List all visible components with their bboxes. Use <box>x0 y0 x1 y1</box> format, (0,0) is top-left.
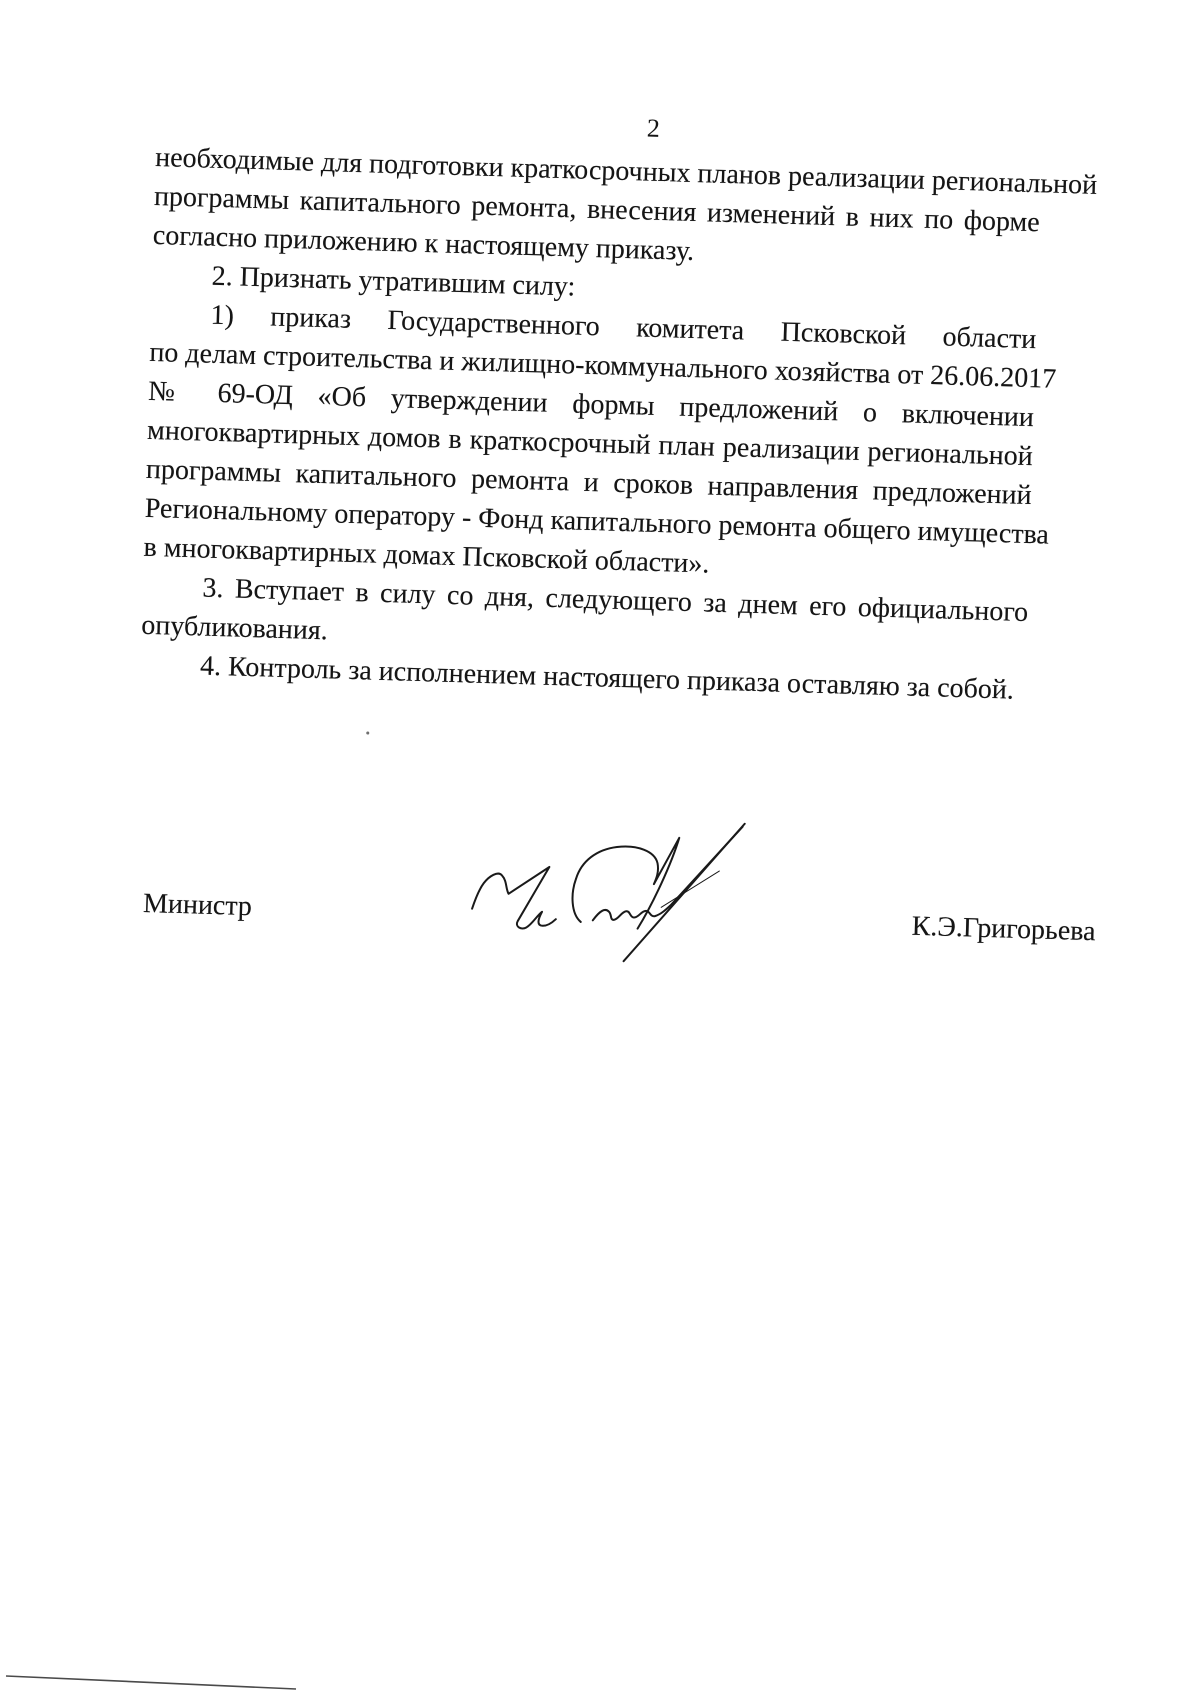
signatory-name: К.Э.Григорьева <box>911 910 1096 949</box>
signatory-title: Министр <box>143 887 253 924</box>
signature-icon <box>423 734 760 984</box>
document-body: необходимые для подготовки краткосрочных… <box>140 138 1042 710</box>
scan-speck-artifact <box>366 731 369 734</box>
paragraph: 1) приказ Государственного комитета Пско… <box>143 294 1037 593</box>
document-page: 2 необходимые для подготовки краткосрочн… <box>0 0 1200 1696</box>
scan-line-artifact <box>0 1668 320 1696</box>
page-content: 2 необходимые для подготовки краткосрочн… <box>124 98 1042 1224</box>
